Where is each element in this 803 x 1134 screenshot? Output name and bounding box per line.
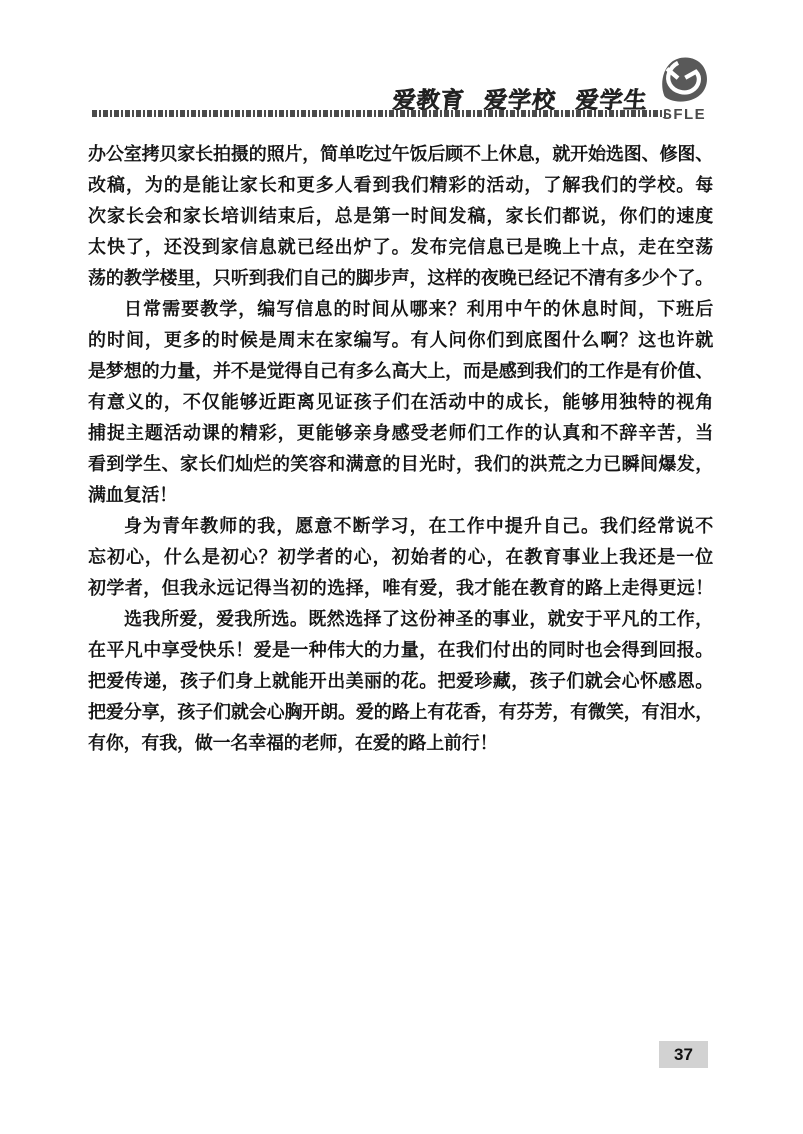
- text-line: 有意义的，不仅能够近距离见证孩子们在活动中的成长，能够用独特的视角: [88, 387, 713, 418]
- text-line: 忘初心，什么是初心？初学者的心，初始者的心，在教育事业上我还是一位: [88, 542, 713, 573]
- text-line: 身为青年教师的我，愿意不断学习，在工作中提升自己。我们经常说不: [88, 511, 713, 542]
- text-line: 是梦想的力量，并不是觉得自己有多么高大上，而是感到我们的工作是有价值、: [88, 356, 713, 387]
- text-line: 捕捉主题活动课的精彩，更能够亲身感受老师们工作的认真和不辞辛苦，当: [88, 418, 713, 449]
- text-line: 次家长会和家长培训结束后，总是第一时间发稿，家长们都说，你们的速度: [88, 201, 713, 232]
- sfle-drop-g-logo-icon: [653, 56, 715, 106]
- header-divider-dotted-line: [92, 110, 666, 117]
- text-line: 的时间，更多的时候是周末在家编写。有人问你们到底图什么啊？这也许就: [88, 325, 713, 356]
- text-line: 初学者，但我永远记得当初的选择，唯有爱，我才能在教育的路上走得更远！: [88, 573, 713, 604]
- text-line: 选我所爱，爱我所选。既然选择了这份神圣的事业，就安于平凡的工作，: [88, 604, 713, 635]
- text-line: 太快了，还没到家信息就已经出炉了。发布完信息已是晚上十点，走在空荡: [88, 232, 713, 263]
- book-page: 爱教育 爱学校 爱学生 SFLE 办公室拷贝家长拍摄的照片，简单吃过午饭后顾不上…: [0, 0, 803, 1134]
- text-line: 把爱分享，孩子们就会心胸开朗。爱的路上有花香，有芬芳，有微笑，有泪水，: [88, 697, 713, 728]
- text-line: 满血复活！: [88, 480, 713, 511]
- text-line: 在平凡中享受快乐！爱是一种伟大的力量，在我们付出的同时也会得到回报。: [88, 635, 713, 666]
- text-line: 日常需要教学，编写信息的时间从哪来？利用中午的休息时间，下班后: [88, 294, 713, 325]
- text-line: 有你，有我，做一名幸福的老师，在爱的路上前行！: [88, 728, 713, 759]
- text-line: 办公室拷贝家长拍摄的照片，简单吃过午饭后顾不上休息，就开始选图、修图、: [88, 139, 713, 170]
- page-number-badge: 37: [659, 1041, 708, 1068]
- text-line: 改稿，为的是能让家长和更多人看到我们精彩的活动，了解我们的学校。每: [88, 170, 713, 201]
- body-text: 办公室拷贝家长拍摄的照片，简单吃过午饭后顾不上休息，就开始选图、修图、改稿，为的…: [88, 139, 713, 759]
- text-line: 把爱传递，孩子们身上就能开出美丽的花。把爱珍藏，孩子们就会心怀感恩。: [88, 666, 713, 697]
- text-line: 荡的教学楼里，只听到我们自己的脚步声，这样的夜晚已经记不清有多少个了。: [88, 263, 713, 294]
- text-line: 看到学生、家长们灿烂的笑容和满意的目光时，我们的洪荒之力已瞬间爆发，: [88, 449, 713, 480]
